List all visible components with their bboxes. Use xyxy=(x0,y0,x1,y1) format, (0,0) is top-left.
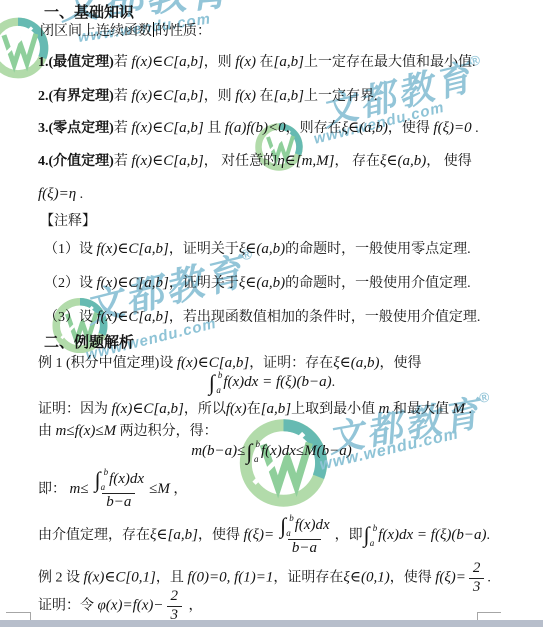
text-run: ，则存在 xyxy=(286,121,342,136)
integral-sign: ∫ba xyxy=(95,468,109,492)
text-run: 在 xyxy=(247,402,261,417)
text-run: b−a xyxy=(292,540,317,557)
text-run: 即： xyxy=(38,482,70,497)
integral-limits: ba xyxy=(252,440,260,464)
text-run: b−a xyxy=(106,494,131,511)
para-proof-1[interactable]: 证明：因为 f(x)∈C[a,b]，所以f(x)在[a,b]上取到最小值 m 和… xyxy=(38,399,472,420)
fraction-numerator: ∫baf(x)dx xyxy=(92,468,147,492)
para-theorem-extreme[interactable]: 1.(最值定理)若 f(x)∈C[a,b]，则 f(x) 在[a,b]上一定存在… xyxy=(38,52,475,73)
text-run: ， 使得 xyxy=(426,154,472,169)
para-proof-1-integrate[interactable]: 由 m≤f(x)≤M 两边积分，得： xyxy=(38,421,218,442)
text-run: ，使得 xyxy=(388,121,434,136)
text-run: f(a)f(b)<0 xyxy=(225,120,286,136)
text-run: 2 xyxy=(171,588,179,605)
text-run: 证明：因为 xyxy=(38,402,112,417)
para-intro[interactable]: 闭区间上连续函数的性质： xyxy=(40,22,211,42)
para-note-3[interactable]: （3）设 f(x)∈C[a,b]，若出现函数值相加的条件时，一般使用介值定理. xyxy=(44,307,480,328)
text-run: ， 对任意的 xyxy=(204,154,278,169)
text-run: φ(x)=f(x)− xyxy=(98,597,164,613)
text-run: ，若出现函数值相加的条件时，一般使用介值定理. xyxy=(169,310,481,325)
text-run: （1）设 xyxy=(44,242,97,257)
text-run: m(b−a)≤ xyxy=(191,443,245,459)
text-run: m≤f(x)≤M xyxy=(56,423,117,439)
fraction-denominator: b−a xyxy=(288,539,321,557)
text-run: 4.(介值定理) xyxy=(38,154,114,169)
formula-mean-value[interactable]: ∫baf(x)dx = f(ξ)(b−a). xyxy=(0,371,543,395)
text-run: ， xyxy=(185,598,203,613)
para-note-1[interactable]: （1）设 f(x)∈C[a,b]，证明关于ξ∈(a,b)的命题时，一般使用零点定… xyxy=(44,239,471,260)
text-run: f(x)dx xyxy=(295,517,330,534)
text-run: 若 xyxy=(114,121,132,136)
text-run: m≤ xyxy=(70,481,89,497)
text-run: 且 xyxy=(204,121,225,136)
text-run: f(x)∈C[a,b] xyxy=(131,54,203,70)
fraction: ∫baf(x)dxb−a xyxy=(277,514,332,557)
text-run: ，所以 xyxy=(184,402,226,417)
text-run: 1.(最值定理) xyxy=(38,55,114,70)
text-run: 两边积分，得： xyxy=(116,424,218,439)
text-run: f(ξ)=0 xyxy=(433,120,471,136)
text-run: f(0)=0, f(1)=1 xyxy=(187,569,273,585)
text-run: 闭区间上连续函数 xyxy=(40,24,152,39)
text-run: f(x)∈C[a,b] xyxy=(131,88,203,104)
text-run: f(x)dx≤M(b−a) xyxy=(261,443,352,459)
text-run: f(ξ)= xyxy=(435,569,466,585)
text-run: 上取到最小值 xyxy=(291,402,379,417)
text-run: 2 xyxy=(473,560,481,577)
text-run: 的命题时，一般使用零点定理. xyxy=(285,242,471,257)
formula-divided[interactable]: 即： m≤∫baf(x)dxb−a≤M ， xyxy=(38,468,187,511)
fraction-numerator: 2 xyxy=(169,588,181,605)
text-run: 在 xyxy=(256,55,274,70)
text-run: 一、基础知识 xyxy=(44,5,134,21)
text-run: 的命题时，一般使用介值定理. xyxy=(285,276,471,291)
text-run: ，即 xyxy=(335,528,363,543)
text-run: 在 xyxy=(256,89,274,104)
fraction: 23 xyxy=(469,560,485,597)
text-run: ，使得 xyxy=(379,356,421,371)
text-run: ξ∈(0,1) xyxy=(343,569,389,585)
crop-mark-right xyxy=(477,612,501,620)
text-run: η∈[m,M] xyxy=(277,153,334,169)
text-run: ，使得 xyxy=(198,528,244,543)
fraction: ∫baf(x)dxb−a xyxy=(92,468,147,511)
text-run: 2.(有界定理) xyxy=(38,89,114,104)
heading-basic-knowledge[interactable]: 一、基础知识 xyxy=(44,3,134,23)
text-run: . xyxy=(76,187,83,202)
text-run: f(x)dx = f(ξ)(b−a) xyxy=(378,527,486,543)
fraction-numerator: 2 xyxy=(471,560,483,577)
text-run: ξ∈(a,b) xyxy=(333,355,379,371)
text-run: [a,b] xyxy=(274,88,304,104)
text-run: f(x)dx xyxy=(109,471,144,488)
text-run: ξ∈(a,b) xyxy=(342,120,388,136)
text-run: ， xyxy=(170,482,188,497)
fraction-numerator: ∫baf(x)dx xyxy=(277,514,332,538)
text-run: ，则 xyxy=(204,89,236,104)
text-run: 若 xyxy=(114,154,132,169)
text-run: （2）设 xyxy=(44,276,97,291)
text-run: . xyxy=(487,570,491,585)
text-run: 【注释】 xyxy=(40,214,96,229)
text-run: 二、例题解析 xyxy=(44,335,134,351)
text-run: ，证明关于 xyxy=(169,276,239,291)
para-theorem-intermediate-cont[interactable]: f(ξ)=η . xyxy=(38,184,83,205)
text-cursor xyxy=(153,22,154,37)
text-run: . xyxy=(332,375,336,390)
text-run: 上一定有界. xyxy=(304,89,378,104)
text-run: f(x)∈C[a,b] xyxy=(177,355,249,371)
integral-limits: ba xyxy=(286,514,294,538)
integral-limits: ba xyxy=(215,371,223,395)
text-run: f(x) xyxy=(235,54,256,70)
document-page: 文都教育 www.wendu.com 文都教育® www.wendu.com 文… xyxy=(0,0,543,627)
integral-sign: ∫ba xyxy=(246,440,260,464)
text-run: ξ∈(a,b) xyxy=(380,153,426,169)
text-run: f(x) xyxy=(235,88,256,104)
text-run: 的性质： xyxy=(155,24,211,39)
text-run: ，证明：存在 xyxy=(249,356,333,371)
text-run: （3）设 xyxy=(44,310,97,325)
text-run: ξ∈[a,b] xyxy=(150,527,198,543)
text-run: [a,b] xyxy=(261,401,291,417)
text-run: 证明：令 xyxy=(38,598,98,613)
text-run: 由介值定理，存在 xyxy=(38,528,150,543)
para-proof-1-conclusion[interactable]: 由介值定理，存在ξ∈[a,b]，使得 f(ξ)=∫baf(x)dxb−a，即∫b… xyxy=(38,514,490,557)
text-run: f(ξ)= xyxy=(243,527,274,543)
text-run: ，且 xyxy=(156,570,188,585)
heading-notes[interactable]: 【注释】 xyxy=(40,212,96,232)
text-run: [a,b] xyxy=(274,54,304,70)
text-run: ， 存在 xyxy=(335,154,381,169)
text-run: 例 2 设 xyxy=(38,570,84,585)
para-theorem-zero[interactable]: 3.(零点定理)若 f(x)∈C[a,b] 且 f(a)f(b)<0，则存在ξ∈… xyxy=(38,118,479,139)
text-run: ≤M xyxy=(149,481,170,497)
integral-sign: ∫ba xyxy=(280,514,294,538)
integral-sign: ∫ba xyxy=(209,371,223,395)
text-run: ，则 xyxy=(204,55,236,70)
text-run: f(x) xyxy=(226,401,247,417)
text-run: 若 xyxy=(114,89,132,104)
para-theorem-bounded[interactable]: 2.(有界定理)若 f(x)∈C[a,b]，则 f(x) 在[a,b]上一定有界… xyxy=(38,86,377,107)
document-text-area[interactable]: 一、基础知识 闭区间上连续函数的性质： 1.(最值定理)若 f(x)∈C[a,b… xyxy=(0,0,543,627)
text-run: 上一定存在最大值和最小值. xyxy=(304,55,476,70)
text-run: f(x)dx = f(ξ)(b−a) xyxy=(223,374,331,390)
text-run: 和最大值 xyxy=(389,402,452,417)
text-run: f(x)∈C[a,b] xyxy=(131,120,203,136)
page-gap xyxy=(0,620,543,627)
text-run: f(x)∈C[a,b] xyxy=(131,153,203,169)
text-run: f(x)∈C[a,b] xyxy=(112,401,184,417)
integral-limits: ba xyxy=(370,524,378,548)
text-run: ，证明关于 xyxy=(169,242,239,257)
text-run: 例 1 (积分中值定理)设 xyxy=(38,356,177,371)
para-note-2[interactable]: （2）设 f(x)∈C[a,b]，证明关于ξ∈(a,b)的命题时，一般使用介值定… xyxy=(44,273,471,294)
text-run: f(x)∈C[0,1] xyxy=(84,569,156,585)
formula-inequality[interactable]: m(b−a)≤∫baf(x)dx≤M(b−a) xyxy=(0,440,543,464)
crop-mark-left xyxy=(6,612,31,620)
text-run: ，证明存在 xyxy=(273,570,343,585)
text-run: ，使得 xyxy=(390,570,436,585)
text-run: ξ∈(a,b) xyxy=(239,275,285,291)
text-run: f(x)∈C[a,b] xyxy=(97,241,169,257)
text-run: . xyxy=(472,121,479,136)
text-run: . xyxy=(487,528,491,543)
para-theorem-intermediate[interactable]: 4.(介值定理)若 f(x)∈C[a,b]， 对任意的η∈[m,M]， 存在ξ∈… xyxy=(38,151,472,172)
text-run: 若 xyxy=(114,55,132,70)
heading-examples[interactable]: 二、例题解析 xyxy=(44,333,134,353)
fraction-denominator: b−a xyxy=(102,493,135,511)
text-run: m xyxy=(379,401,390,417)
text-run: f(x)∈C[a,b] xyxy=(97,275,169,291)
text-run: f(x)∈C[a,b] xyxy=(97,309,169,325)
text-run: 3.(零点定理) xyxy=(38,121,114,136)
text-run: f(ξ)=η xyxy=(38,186,76,202)
text-run: M xyxy=(452,401,465,417)
integral-limits: ba xyxy=(101,468,109,492)
text-run: ξ∈(a,b) xyxy=(239,241,285,257)
text-run: . xyxy=(465,402,472,417)
text-run: 3 xyxy=(473,579,481,596)
integral-sign: ∫ba xyxy=(364,524,378,548)
fraction-denominator: 3 xyxy=(469,578,485,596)
text-run: 由 xyxy=(38,424,56,439)
